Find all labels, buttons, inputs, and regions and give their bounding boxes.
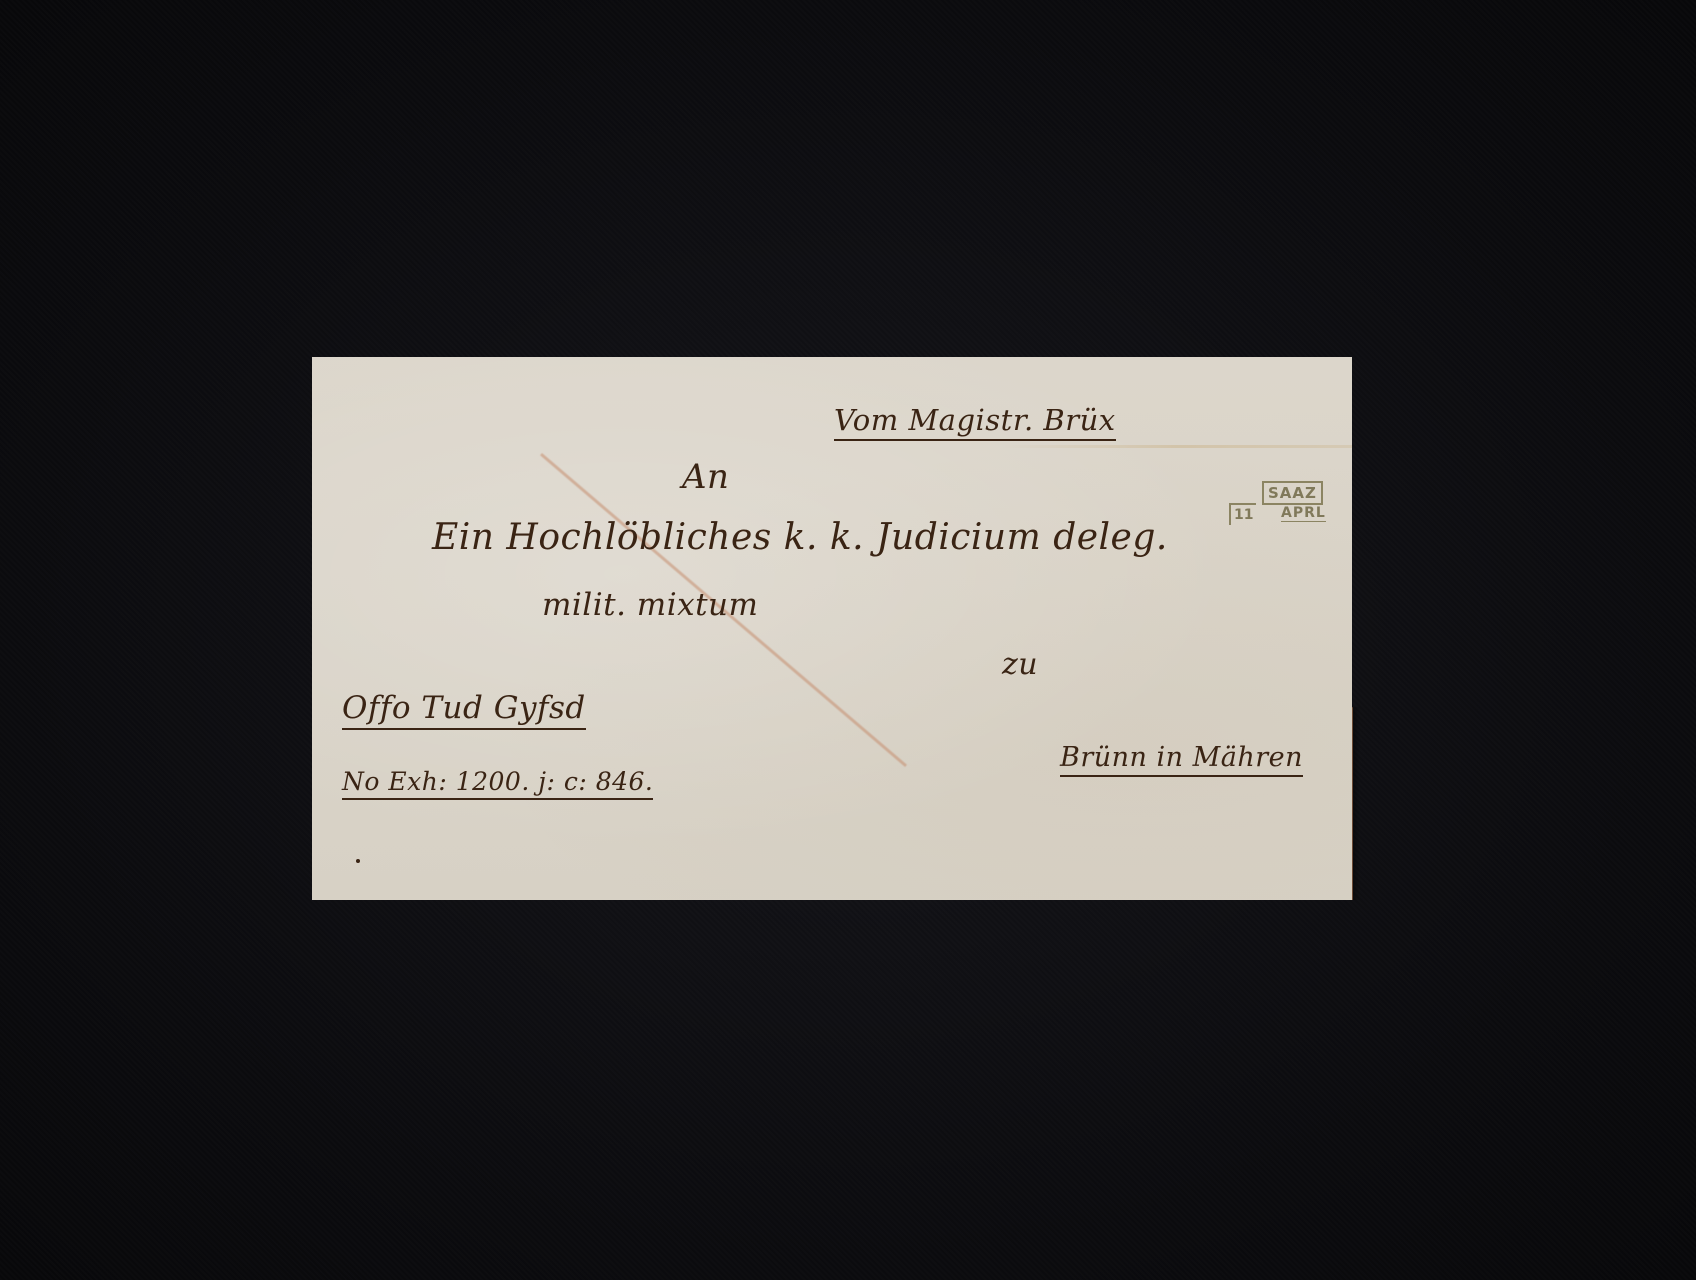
destination-prefix: zu xyxy=(1002,647,1038,682)
exhibit-number: No Exh: 1200. j: c: 846. xyxy=(342,767,653,800)
address-prefix: An xyxy=(682,457,729,497)
official-note: Offo Tud Gyfsd xyxy=(342,690,586,730)
fold-crease xyxy=(1002,445,1352,448)
recipient-line-1: Ein Hochlöbliches k. k. Judicium deleg. xyxy=(432,517,1168,558)
postmark-month: APRL xyxy=(1281,505,1326,522)
saaz-postmark: SAAZ 11 APRL xyxy=(1229,481,1359,529)
sender-line: Vom Magistr. Brüx xyxy=(834,403,1116,441)
letter-cover: Vom Magistr. Brüx SAAZ 11 APRL An Ein Ho… xyxy=(312,357,1352,900)
ink-speck xyxy=(356,859,360,863)
destination-city: Brünn in Mähren xyxy=(1060,742,1303,777)
postmark-town: SAAZ xyxy=(1262,481,1323,505)
postmark-day: 11 xyxy=(1229,503,1256,525)
recipient-line-2: milit. mixtum xyxy=(542,587,758,623)
